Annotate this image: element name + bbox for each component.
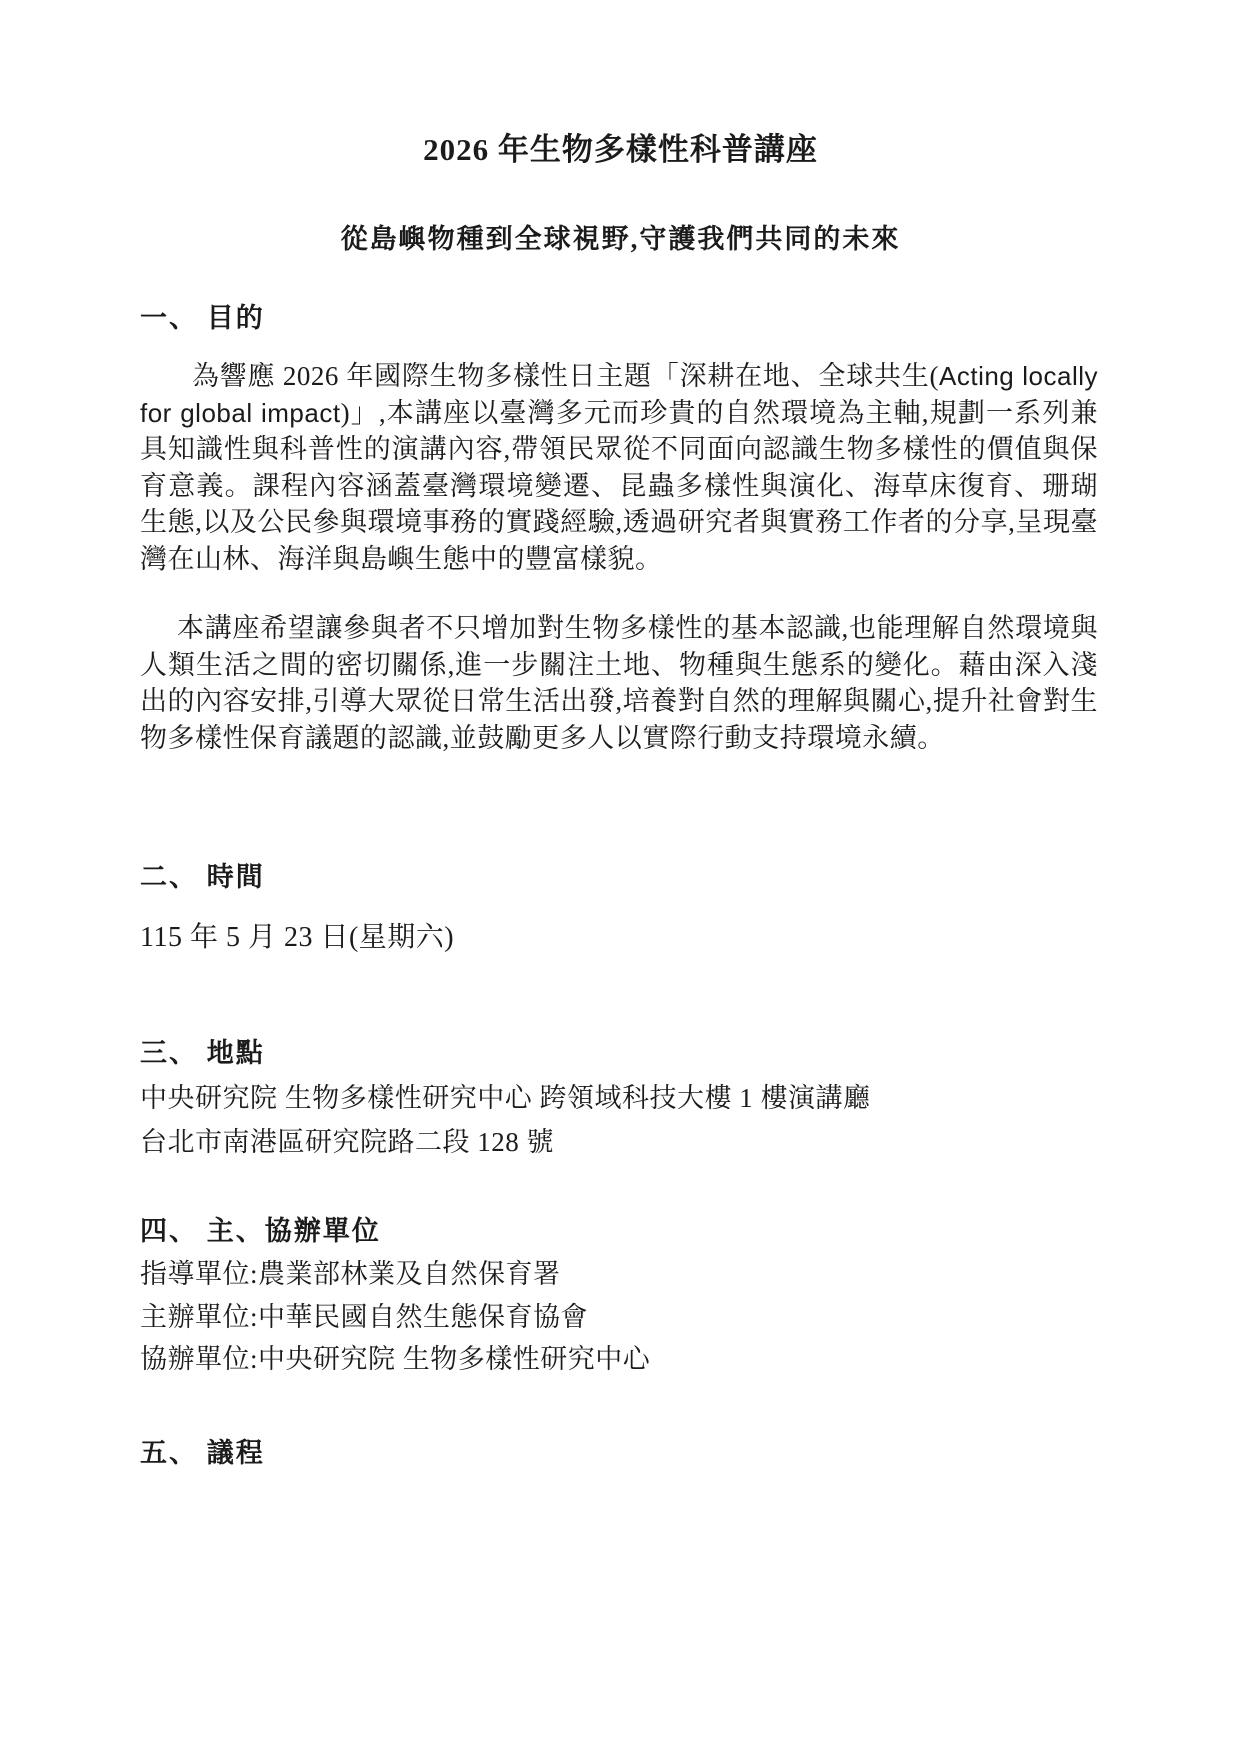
purpose-paragraph-1: 為響應 2026 年國際生物多樣性日主題「深耕在地、全球共生(Acting lo…	[140, 358, 1098, 577]
purpose-section-heading: 一、 目的	[140, 301, 265, 335]
document-page: 2026 年生物多樣性科普講座 從島嶼物種到全球視野,守護我們共同的未來 一、 …	[0, 0, 1241, 1755]
purpose-paragraph-2: 本講座希望讓參與者不只增加對生物多樣性的基本認識,也能理解自然環境與人類生活之間…	[140, 610, 1098, 756]
location-line-1: 中央研究院 生物多樣性研究中心 跨領域科技大樓 1 樓演講廳	[140, 1080, 871, 1116]
document-subtitle: 從島嶼物種到全球視野,守護我們共同的未來	[0, 221, 1241, 257]
paragraph-text-pre: 為響應 2026 年國際生物多樣性日主題「深耕在地、全球共生(	[192, 361, 939, 391]
organizers-section-heading: 四、 主、協辦單位	[140, 1214, 381, 1248]
location-line-2: 台北市南港區研究院路二段 128 號	[140, 1124, 554, 1160]
time-value: 115 年 5 月 23 日(星期六)	[140, 920, 454, 956]
document-title: 2026 年生物多樣性科普講座	[0, 130, 1241, 170]
organizer-line-host: 主辦單位:中華民國自然生態保育協會	[140, 1299, 588, 1335]
organizer-line-advisor: 指導單位:農業部林業及自然保育署	[140, 1256, 561, 1292]
time-section-heading: 二、 時間	[140, 860, 265, 894]
organizer-line-coorganizer: 協辦單位:中央研究院 生物多樣性研究中心	[140, 1341, 650, 1377]
location-section-heading: 三、 地點	[140, 1036, 265, 1070]
agenda-section-heading: 五、 議程	[140, 1436, 265, 1470]
